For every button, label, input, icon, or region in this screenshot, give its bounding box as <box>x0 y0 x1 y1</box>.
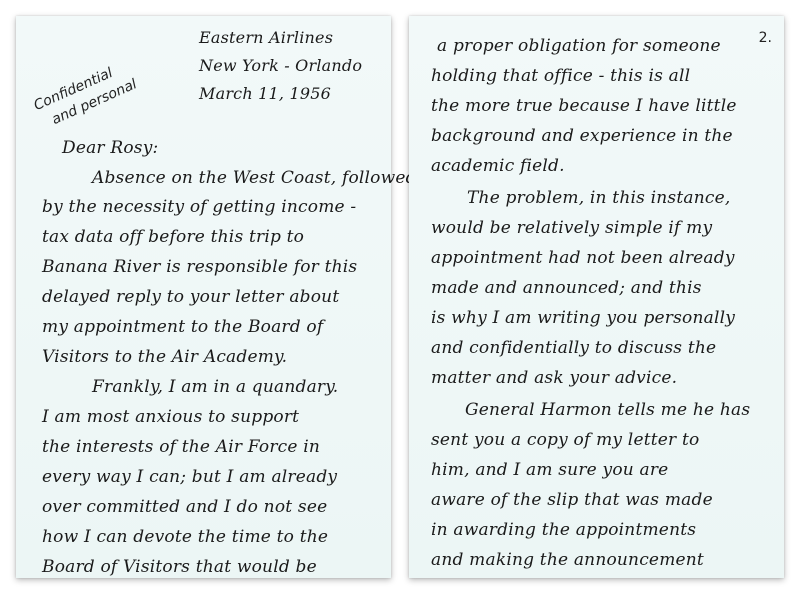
text-line: aware of the slip that was made <box>431 490 713 510</box>
text-line: the interests of the Air Force in <box>42 437 320 457</box>
letter-page-1: Confidential and personal Eastern Airlin… <box>16 16 391 578</box>
text-line: and making the announcement <box>431 550 704 570</box>
text-line: my appointment to the Board of <box>42 317 323 337</box>
text-line: how I can devote the time to the <box>42 527 328 547</box>
text-line: would be relatively simple if my <box>431 218 712 238</box>
text-line: holding that office - this is all <box>431 66 690 86</box>
header-route: New York - Orlando <box>199 56 362 75</box>
text-line: a proper obligation for someone <box>437 36 721 56</box>
text-line: Frankly, I am in a quandary. <box>92 377 338 397</box>
text-line: delayed reply to your letter about <box>42 287 339 307</box>
text-line: over committed and I do not see <box>42 497 327 517</box>
text-line: Board of Visitors that would be <box>42 557 317 577</box>
text-line: made and announced; and this <box>431 278 702 298</box>
page-number: 2. <box>759 30 772 46</box>
header-airline: Eastern Airlines <box>199 28 333 47</box>
text-line: I am most anxious to support <box>42 407 299 427</box>
text-line: in awarding the appointments <box>431 520 696 540</box>
text-line: by the necessity of getting income - <box>42 197 356 217</box>
letter-page-2: 2. a proper obligation for someone holdi… <box>409 16 784 578</box>
text-line: him, and I am sure you are <box>431 460 668 480</box>
text-line: Visitors to the Air Academy. <box>42 347 287 367</box>
text-line: academic field. <box>431 156 565 176</box>
header-date: March 11, 1956 <box>199 84 331 103</box>
salutation: Dear Rosy: <box>62 138 158 158</box>
text-line: background and experience in the <box>431 126 733 146</box>
text-line: tax data off before this trip to <box>42 227 304 247</box>
text-line: Absence on the West Coast, followed <box>92 168 417 188</box>
text-line: the more true because I have little <box>431 96 737 116</box>
text-line: is why I am writing you personally <box>431 308 735 328</box>
text-line: appointment had not been already <box>431 248 735 268</box>
text-line: every way I can; but I am already <box>42 467 337 487</box>
text-line: and confidentially to discuss the <box>431 338 716 358</box>
text-line: matter and ask your advice. <box>431 368 677 388</box>
text-line: General Harmon tells me he has <box>465 400 750 420</box>
text-line: sent you a copy of my letter to <box>431 430 699 450</box>
text-line: Banana River is responsible for this <box>42 257 357 277</box>
text-line: The problem, in this instance, <box>467 188 730 208</box>
